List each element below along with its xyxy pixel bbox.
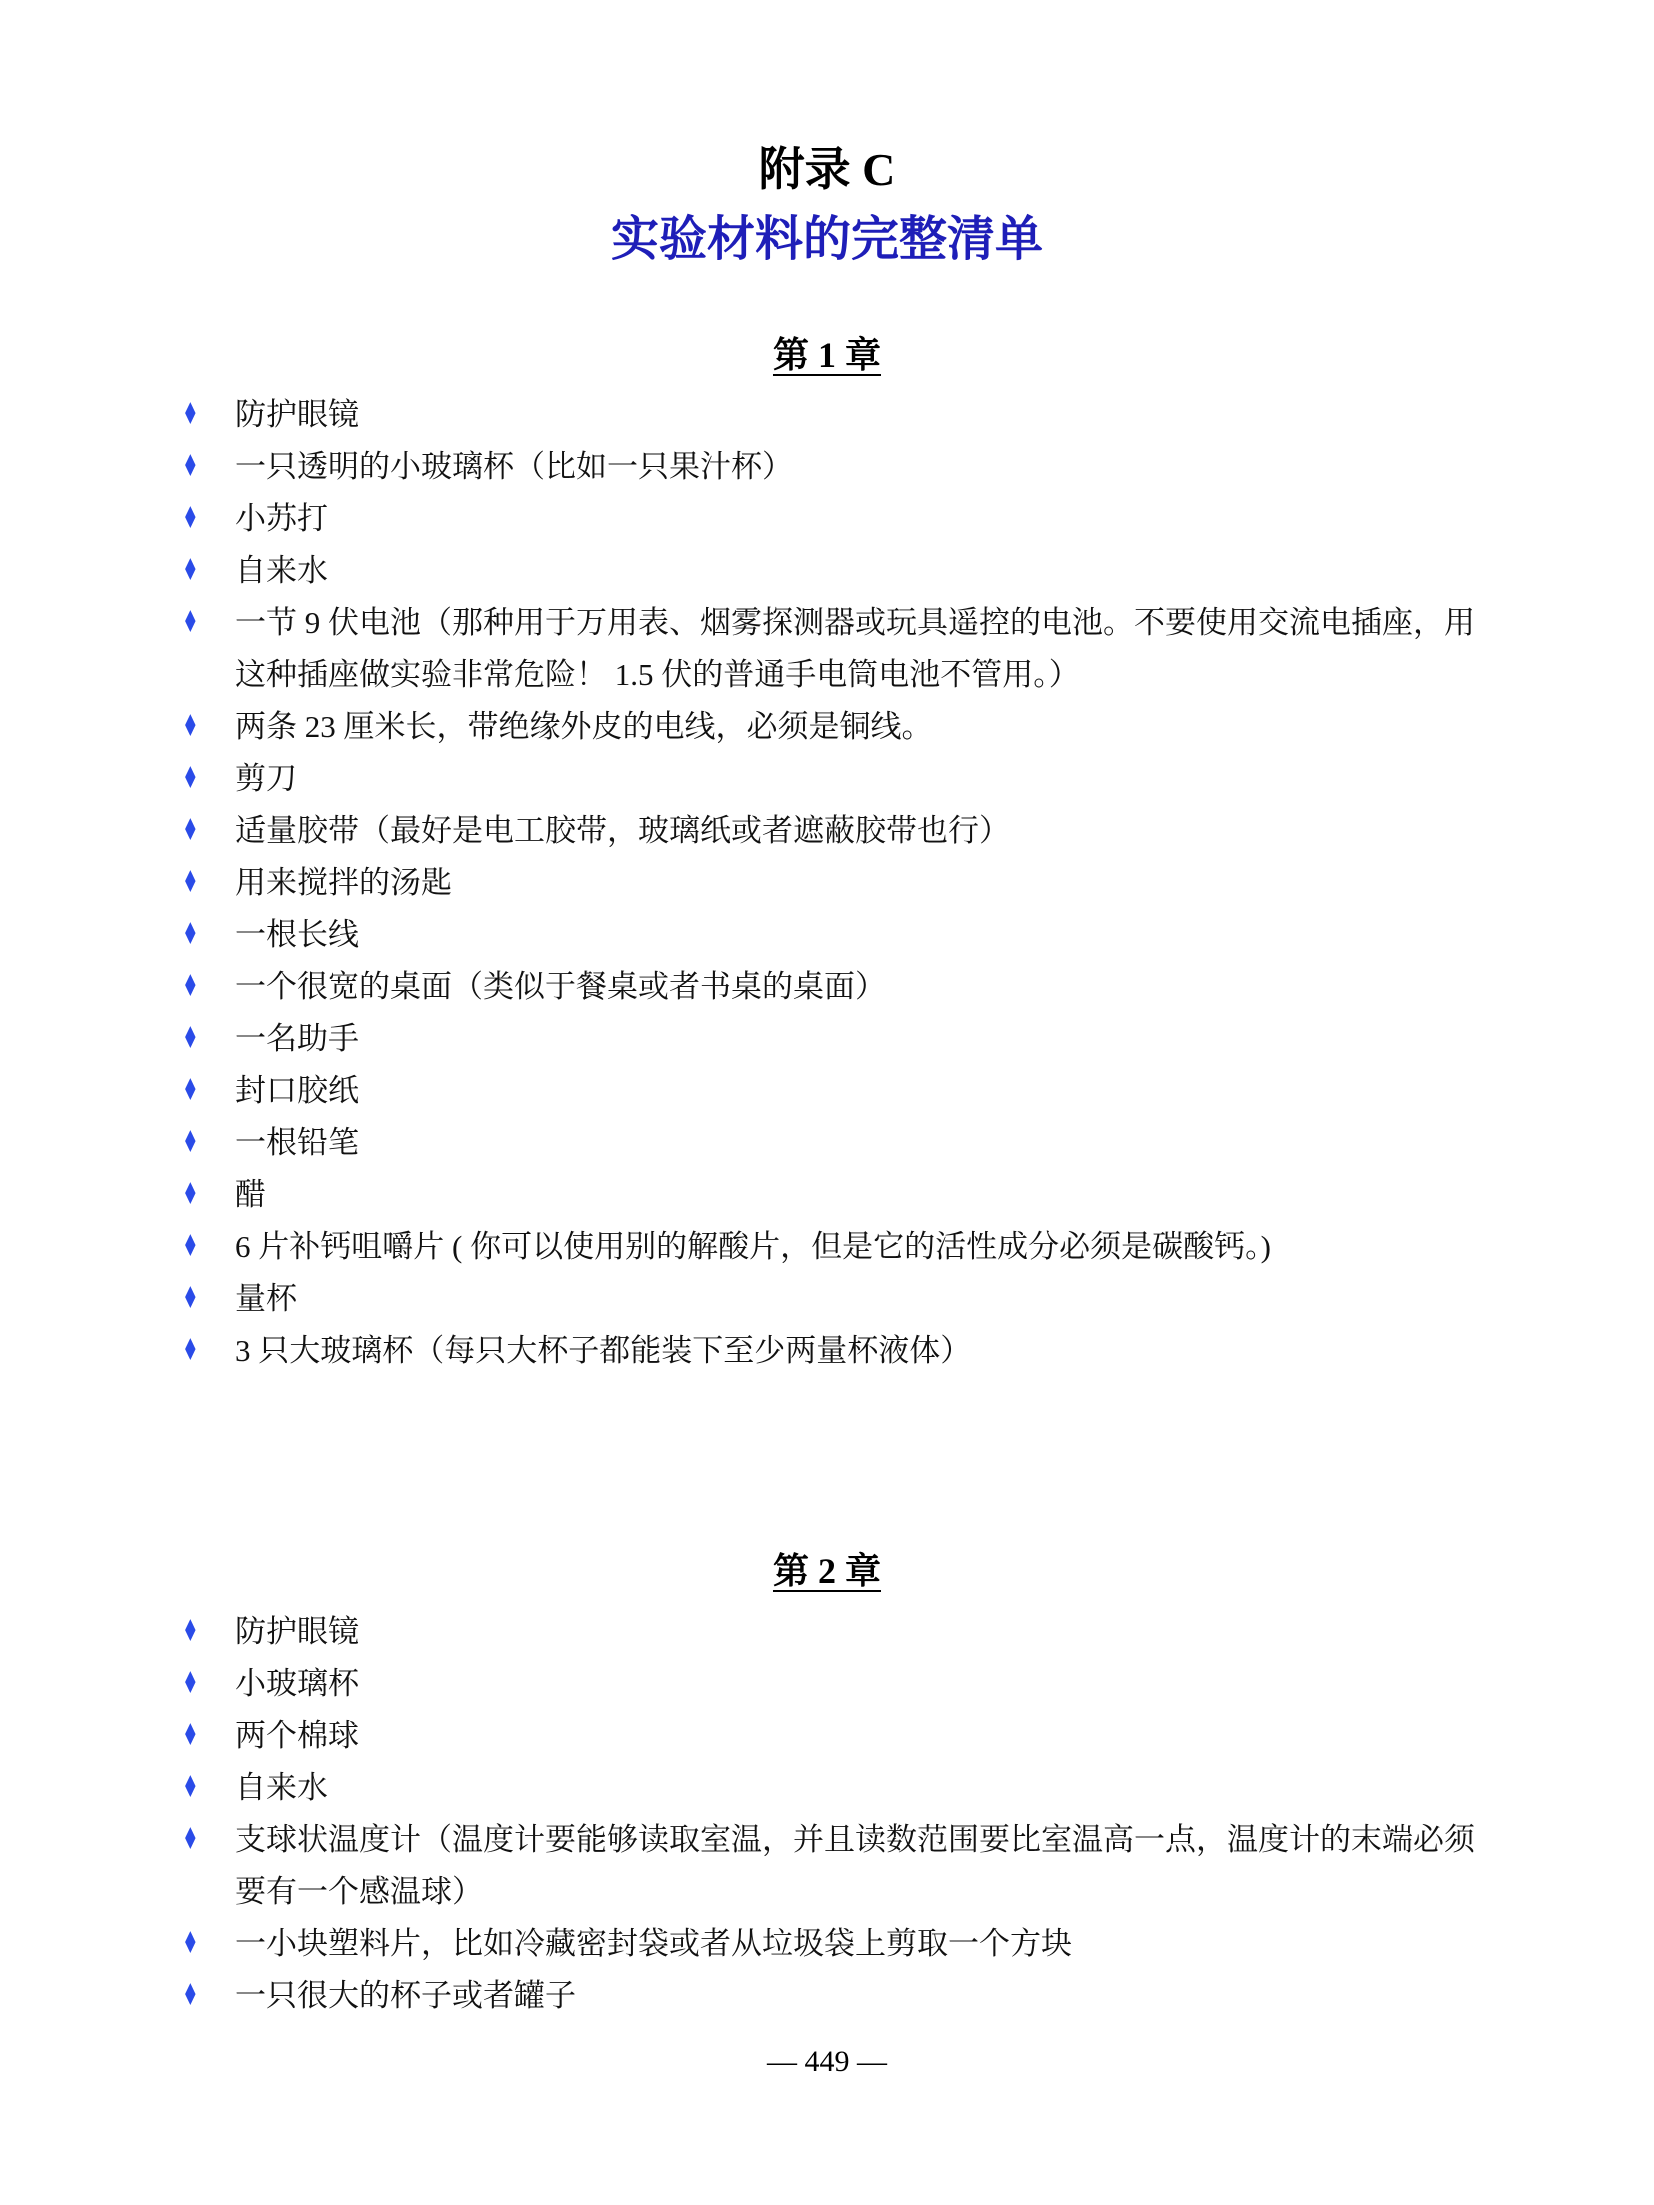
list-item-text: 6 片补钙咀嚼片 ( 你可以使用别的解酸片，但是它的活性成分必须是碳酸钙。)	[235, 1221, 1271, 1273]
list-item-text: 剪刀	[235, 753, 297, 805]
list-item: ♦一个很宽的桌面（类似于餐桌或者书桌的桌面）	[182, 961, 1584, 1013]
diamond-bullet-icon: ♦	[182, 753, 215, 805]
list-item: ♦一只很大的杯子或者罐子	[182, 1970, 1584, 2022]
list-item-text: 一只很大的杯子或者罐子	[235, 1970, 576, 2022]
diamond-bullet-icon: ♦	[182, 1658, 215, 1710]
list-item: ♦6 片补钙咀嚼片 ( 你可以使用别的解酸片，但是它的活性成分必须是碳酸钙。)	[182, 1221, 1584, 1273]
list-item: ♦一根铅笔	[182, 1117, 1584, 1169]
list-item: ♦自来水	[182, 545, 1584, 597]
list-item-text: 醋	[235, 1169, 266, 1221]
list-item-text: 两个棉球	[235, 1710, 359, 1762]
list-item: ♦小苏打	[182, 493, 1584, 545]
diamond-bullet-icon: ♦	[182, 805, 215, 857]
list-item-text: 一只透明的小玻璃杯（比如一只果汁杯）	[235, 441, 793, 493]
diamond-bullet-icon: ♦	[182, 1273, 215, 1325]
list-item: ♦封口胶纸	[182, 1065, 1584, 1117]
diamond-bullet-icon: ♦	[182, 909, 215, 961]
list-item-text: 一根铅笔	[235, 1117, 359, 1169]
diamond-bullet-icon: ♦	[182, 1606, 215, 1658]
list-item-text: 防护眼镜	[235, 389, 359, 441]
list-item-text: 一个很宽的桌面（类似于餐桌或者书桌的桌面）	[235, 961, 886, 1013]
list-item: ♦支球状温度计（温度计要能够读取室温，并且读数范围要比室温高一点，温度计的末端必…	[182, 1814, 1584, 1918]
list-item: ♦3 只大玻璃杯（每只大杯子都能装下至少两量杯液体）	[182, 1325, 1584, 1377]
list-item: ♦一节 9 伏电池（那种用于万用表、烟雾探测器或玩具遥控的电池。不要使用交流电插…	[182, 597, 1584, 701]
diamond-bullet-icon: ♦	[182, 545, 215, 597]
list-item-text: 支球状温度计（温度计要能够读取室温，并且读数范围要比室温高一点，温度计的末端必须…	[235, 1814, 1475, 1918]
chapter-1-material-list: ♦防护眼镜 ♦一只透明的小玻璃杯（比如一只果汁杯） ♦小苏打 ♦自来水 ♦一节 …	[0, 389, 1654, 1377]
list-item-text: 两条 23 厘米长，带绝缘外皮的电线，必须是铜线。	[235, 701, 933, 753]
diamond-bullet-icon: ♦	[182, 389, 215, 441]
diamond-bullet-icon: ♦	[182, 1013, 215, 1065]
document-page: 附录 C 实验材料的完整清单 第 1 章 ♦防护眼镜 ♦一只透明的小玻璃杯（比如…	[0, 0, 1654, 2205]
diamond-bullet-icon: ♦	[182, 441, 215, 493]
list-item: ♦量杯	[182, 1273, 1584, 1325]
list-item: ♦一名助手	[182, 1013, 1584, 1065]
list-item-text: 小玻璃杯	[235, 1658, 359, 1710]
appendix-title: 附录 C	[0, 140, 1654, 200]
chapter-1-heading-text: 第 1 章	[773, 335, 881, 375]
diamond-bullet-icon: ♦	[182, 1710, 215, 1762]
chapter-2-section: 第 2 章 ♦防护眼镜 ♦小玻璃杯 ♦两个棉球 ♦自来水 ♦支球状温度计（温度计…	[0, 1547, 1654, 2022]
list-item-text: 自来水	[235, 545, 328, 597]
diamond-bullet-icon: ♦	[182, 961, 215, 1013]
diamond-bullet-icon: ♦	[182, 597, 215, 649]
diamond-bullet-icon: ♦	[182, 1814, 215, 1866]
chapter-1-heading: 第 1 章	[0, 331, 1654, 379]
diamond-bullet-icon: ♦	[182, 857, 215, 909]
list-item: ♦用来搅拌的汤匙	[182, 857, 1584, 909]
chapter-1-section: 第 1 章 ♦防护眼镜 ♦一只透明的小玻璃杯（比如一只果汁杯） ♦小苏打 ♦自来…	[0, 331, 1654, 1377]
diamond-bullet-icon: ♦	[182, 1221, 215, 1273]
list-item: ♦一只透明的小玻璃杯（比如一只果汁杯）	[182, 441, 1584, 493]
list-item: ♦适量胶带（最好是电工胶带，玻璃纸或者遮蔽胶带也行）	[182, 805, 1584, 857]
diamond-bullet-icon: ♦	[182, 1918, 215, 1970]
list-item-text: 自来水	[235, 1762, 328, 1814]
list-item-text: 小苏打	[235, 493, 328, 545]
page-number: — 449 —	[0, 2036, 1654, 2088]
list-item: ♦防护眼镜	[182, 1606, 1584, 1658]
diamond-bullet-icon: ♦	[182, 1065, 215, 1117]
diamond-bullet-icon: ♦	[182, 701, 215, 753]
list-item: ♦一小块塑料片，比如冷藏密封袋或者从垃圾袋上剪取一个方块	[182, 1918, 1584, 1970]
list-item-text: 用来搅拌的汤匙	[235, 857, 452, 909]
list-item-text: 防护眼镜	[235, 1606, 359, 1658]
list-item-text: 一节 9 伏电池（那种用于万用表、烟雾探测器或玩具遥控的电池。不要使用交流电插座…	[235, 597, 1475, 701]
diamond-bullet-icon: ♦	[182, 1169, 215, 1221]
list-item-text: 一名助手	[235, 1013, 359, 1065]
list-item: ♦小玻璃杯	[182, 1658, 1584, 1710]
list-item: ♦醋	[182, 1169, 1584, 1221]
list-item-text: 封口胶纸	[235, 1065, 359, 1117]
diamond-bullet-icon: ♦	[182, 1970, 215, 2022]
chapter-2-heading-text: 第 2 章	[773, 1551, 881, 1591]
document-subtitle: 实验材料的完整清单	[0, 208, 1654, 272]
list-item-text: 适量胶带（最好是电工胶带，玻璃纸或者遮蔽胶带也行）	[235, 805, 1010, 857]
diamond-bullet-icon: ♦	[182, 1325, 215, 1377]
list-item: ♦两条 23 厘米长，带绝缘外皮的电线，必须是铜线。	[182, 701, 1584, 753]
list-item: ♦剪刀	[182, 753, 1584, 805]
diamond-bullet-icon: ♦	[182, 1117, 215, 1169]
list-item-text: 一小块塑料片，比如冷藏密封袋或者从垃圾袋上剪取一个方块	[235, 1918, 1072, 1970]
diamond-bullet-icon: ♦	[182, 493, 215, 545]
list-item-text: 量杯	[235, 1273, 297, 1325]
list-item: ♦自来水	[182, 1762, 1584, 1814]
list-item: ♦一根长线	[182, 909, 1584, 961]
list-item-text: 一根长线	[235, 909, 359, 961]
chapter-2-heading: 第 2 章	[0, 1547, 1654, 1595]
list-item: ♦两个棉球	[182, 1710, 1584, 1762]
diamond-bullet-icon: ♦	[182, 1762, 215, 1814]
chapter-2-material-list: ♦防护眼镜 ♦小玻璃杯 ♦两个棉球 ♦自来水 ♦支球状温度计（温度计要能够读取室…	[0, 1606, 1654, 2022]
list-item-text: 3 只大玻璃杯（每只大杯子都能装下至少两量杯液体）	[235, 1325, 971, 1377]
list-item: ♦防护眼镜	[182, 389, 1584, 441]
